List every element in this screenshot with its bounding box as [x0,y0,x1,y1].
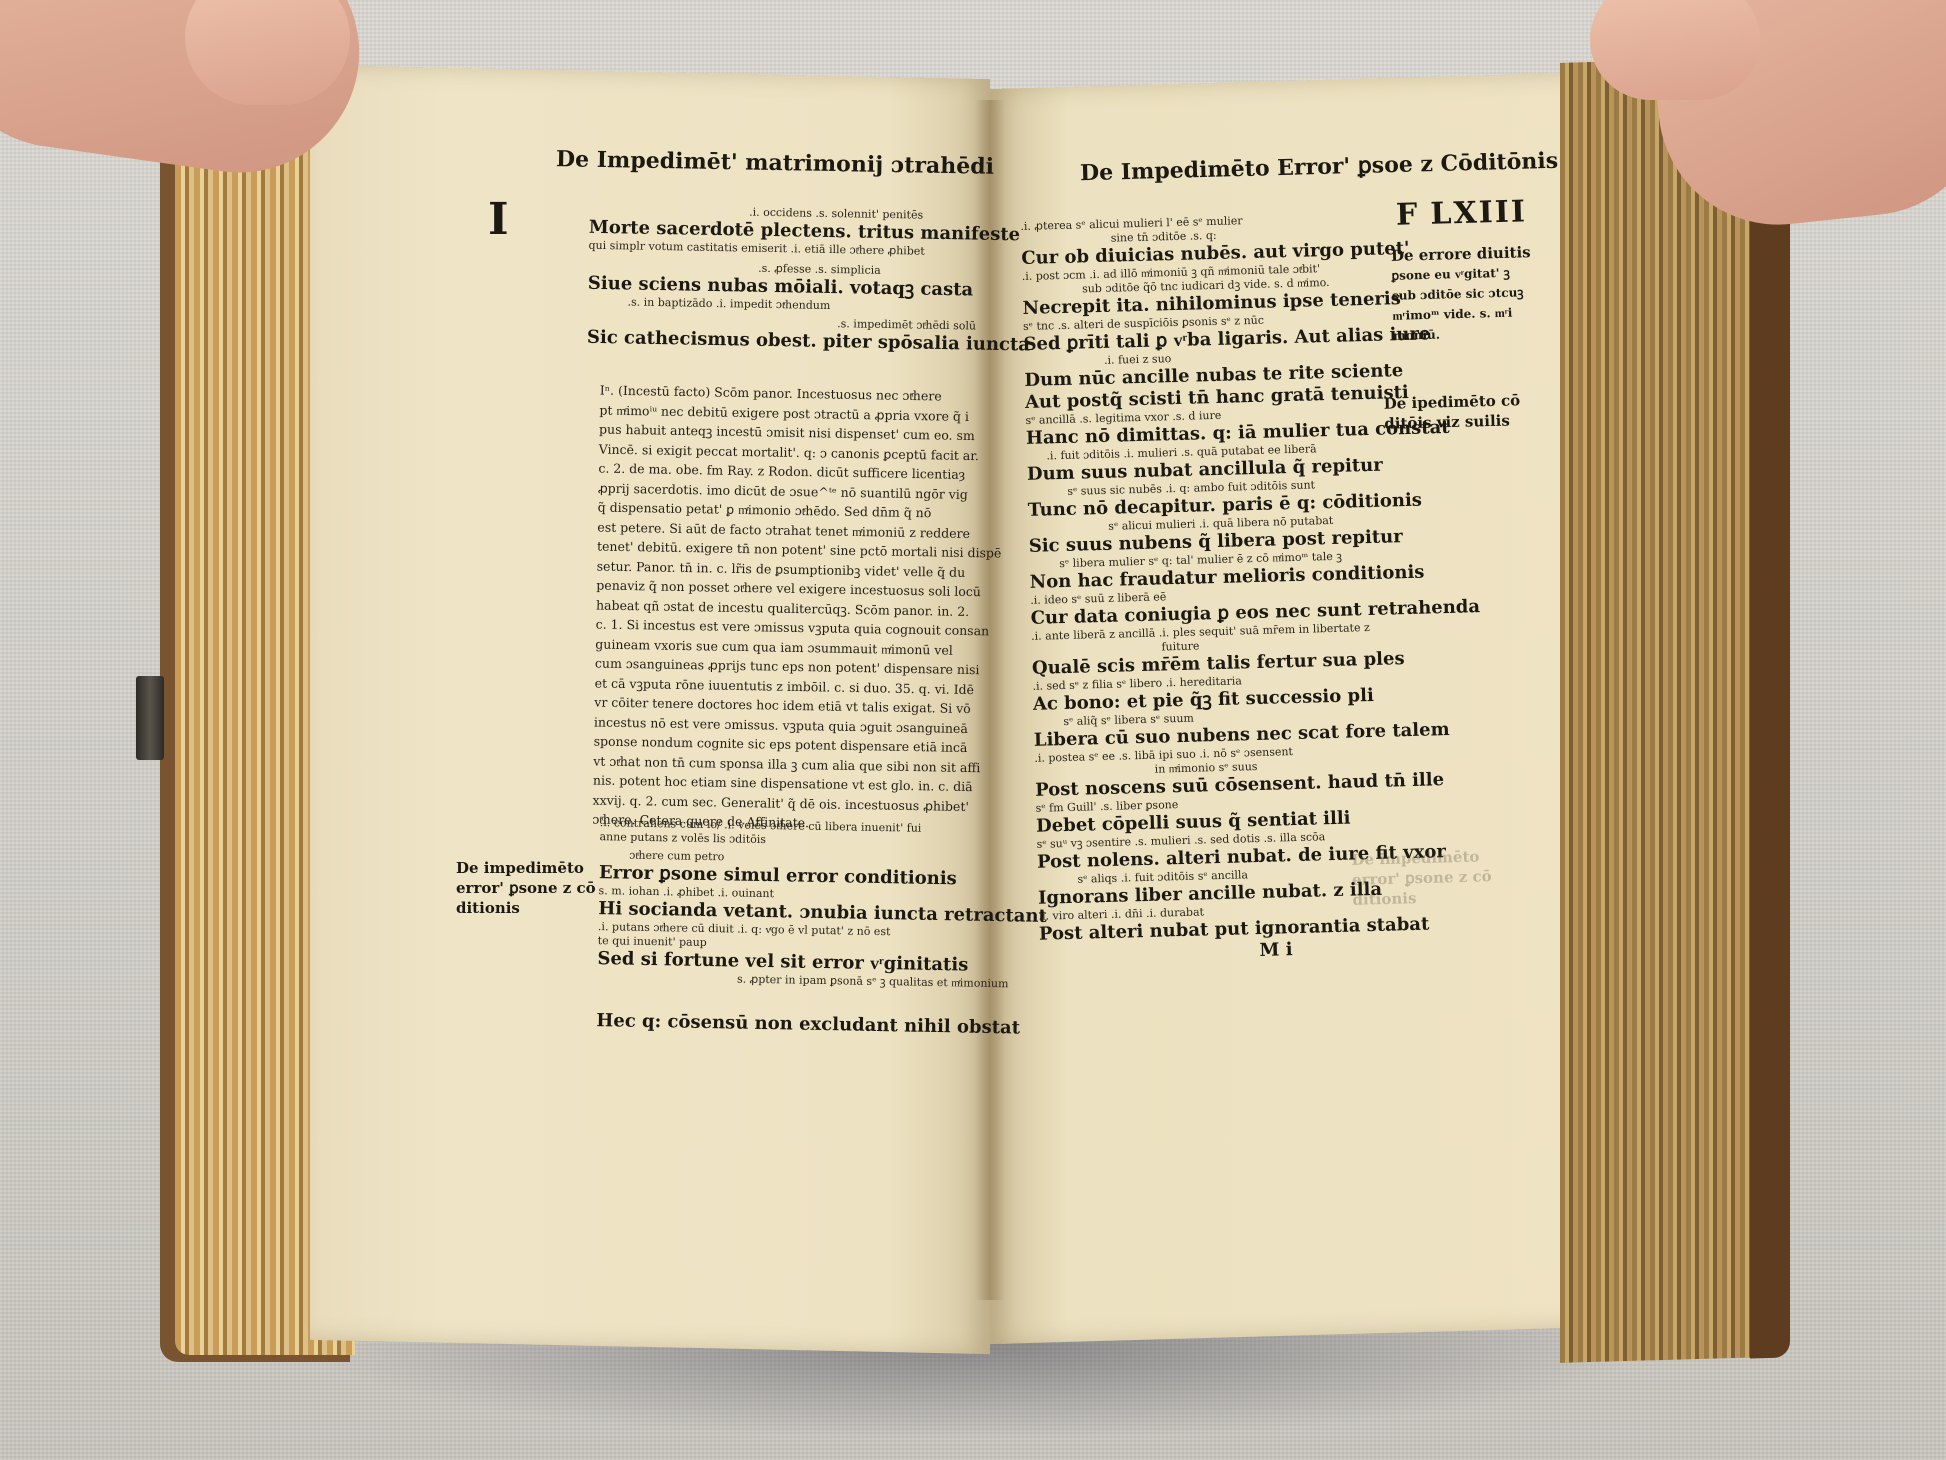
show-through-text: De impedimēto error' ꝑsone z cō ditionis [1351,846,1492,910]
right-margin-note-2: De ipedimēto cō ditōis viz suilis [1383,390,1520,434]
right-margin-note-1: De errore diuitis ꝑsone eu vͬgitat' ꝫ su… [1391,242,1533,346]
left-margin-note: De impedimēto error' ꝑsone z cō ditionis [456,858,596,918]
right-binding [1750,57,1790,1358]
right-page-edges [1560,57,1765,1363]
margin-note-line: De impedimēto [456,858,596,878]
left-verse-upper: .i. occidens .s. solennit' penitēs Morte… [587,203,959,355]
margin-note-line: ditionis [456,898,596,918]
section-initial: I [488,198,509,242]
margin-note-line: ditōis viz suilis [1384,410,1521,434]
left-verse-lower: .i. contrahens cum io/ .i. volēs ɔtͬhere… [596,816,1048,1040]
margin-note-line: error' ꝑsone z cō [456,878,596,898]
left-thumb [185,0,350,105]
left-commentary: Iⁿ. (Incestū facto) Scōm panor. Incestuo… [592,381,1004,836]
ghost-line: ditionis [1352,886,1492,910]
right-thumb [1590,0,1760,100]
margin-note-line: moniū. [1393,322,1533,346]
metal-clasp [136,676,164,760]
